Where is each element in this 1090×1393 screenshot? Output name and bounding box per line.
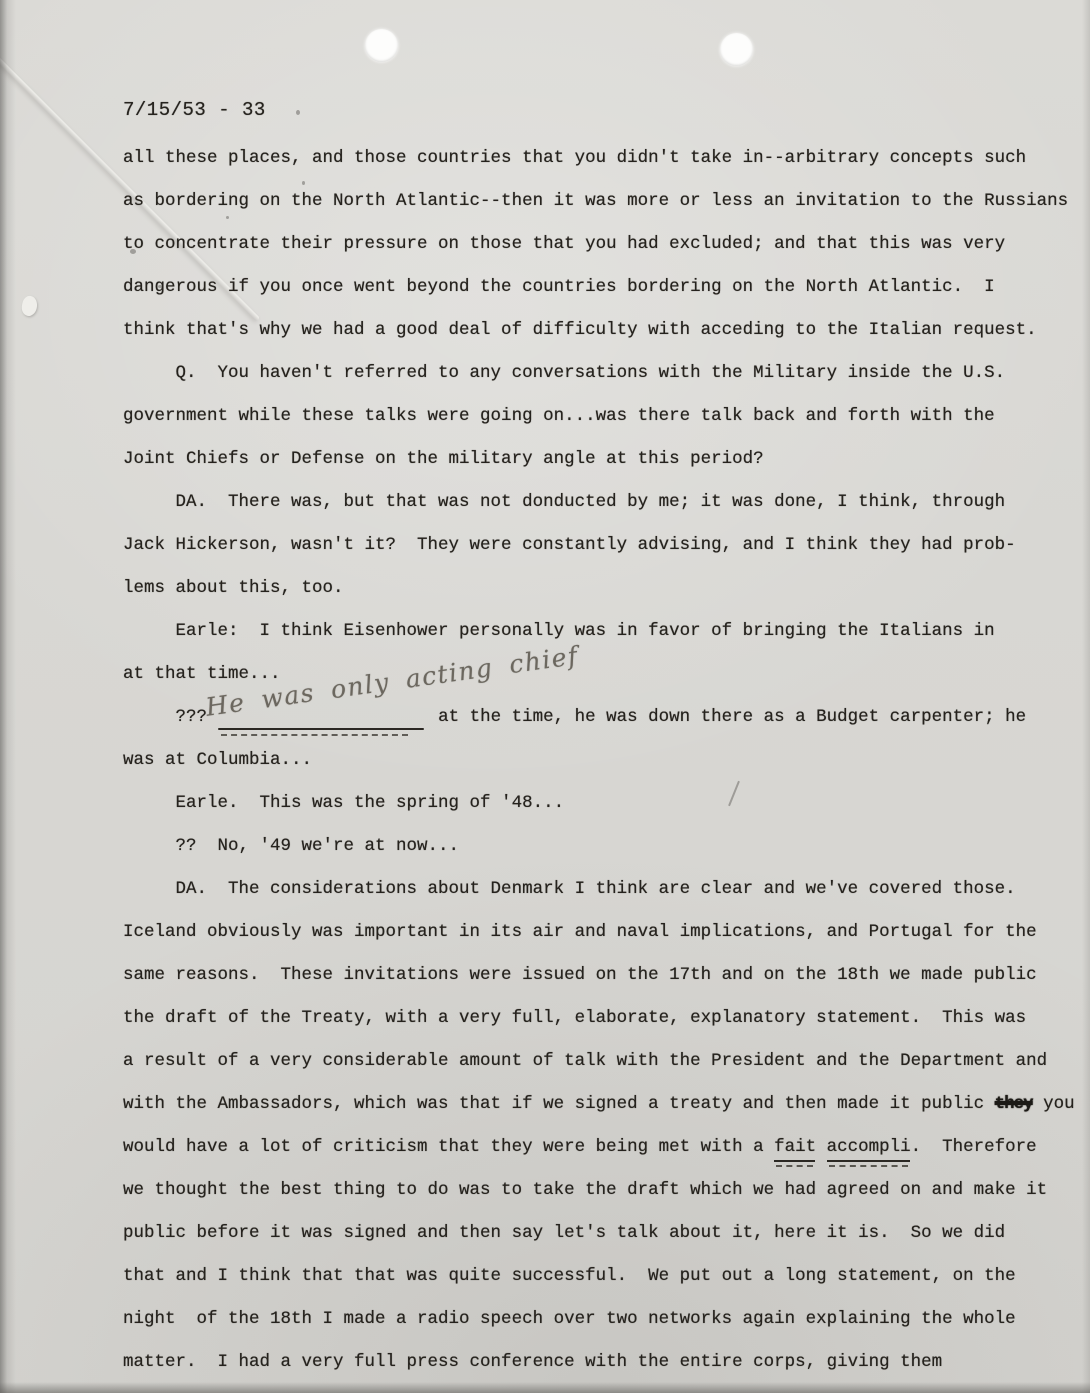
- text-segment: public before it was signed and then say…: [123, 1223, 1005, 1243]
- text-line: matter. I had a very full press conferen…: [123, 1341, 1083, 1384]
- text-segment: Earle: I think Eisenhower personally was…: [123, 621, 995, 641]
- struck-word: they: [995, 1094, 1033, 1114]
- text-line: a result of a very considerable amount o…: [123, 1040, 1083, 1083]
- text-segment: the draft of the Treaty, with a very ful…: [123, 1008, 1026, 1028]
- punch-hole: [365, 29, 398, 62]
- text-segment: ???: [123, 707, 218, 727]
- text-line: DA. The considerations about Denmark I t…: [123, 868, 1083, 911]
- text-segment: . Therefore: [911, 1137, 1037, 1157]
- text-segment: that and I think that that was quite suc…: [123, 1266, 1016, 1286]
- page-header-date-number: 7/15/53 - 33: [123, 99, 266, 121]
- text-line: we thought the best thing to do was to t…: [123, 1169, 1083, 1212]
- text-segment: DA. The considerations about Denmark I t…: [123, 879, 1016, 899]
- text-line: public before it was signed and then say…: [123, 1212, 1083, 1255]
- underlined-word: accompli: [827, 1126, 911, 1169]
- text-segment: at the time, he was down there as a Budg…: [428, 707, 1027, 727]
- text-segment: was at Columbia...: [123, 750, 312, 770]
- text-line: would have a lot of criticism that they …: [123, 1126, 1083, 1169]
- text-segment: Joint Chiefs or Defense on the military …: [123, 449, 764, 469]
- text-segment: Earle. This was the spring of '48...: [123, 793, 564, 813]
- text-segment: with the Ambassadors, which was that if …: [123, 1094, 995, 1114]
- text-segment: dangerous if you once went beyond the co…: [123, 277, 995, 297]
- text-line: Joint Chiefs or Defense on the military …: [123, 438, 1083, 481]
- text-segment: we thought the best thing to do was to t…: [123, 1180, 1047, 1200]
- text-segment: would have a lot of criticism that they …: [123, 1137, 774, 1157]
- text-line: was at Columbia...: [123, 739, 1083, 782]
- punch-hole: [720, 33, 753, 66]
- text-line: as bordering on the North Atlantic--then…: [123, 180, 1083, 223]
- text-line: all these places, and those countries th…: [123, 137, 1083, 180]
- text-line: Q. You haven't referred to any conversat…: [123, 352, 1083, 395]
- scan-edge-right: [1082, 0, 1090, 1393]
- text-segment: ?? No, '49 we're at now...: [123, 836, 459, 856]
- text-segment: night of the 18th I made a radio speech …: [123, 1309, 1016, 1329]
- text-line: same reasons. These invitations were iss…: [123, 954, 1083, 997]
- text-segment: you: [1033, 1094, 1075, 1114]
- text-segment: as bordering on the North Atlantic--then…: [123, 191, 1068, 211]
- text-segment: to concentrate their pressure on those t…: [123, 234, 1005, 254]
- text-segment: government while these talks were going …: [123, 406, 995, 426]
- text-line: that and I think that that was quite suc…: [123, 1255, 1083, 1298]
- text-segment: Jack Hickerson, wasn't it? They were con…: [123, 535, 1016, 555]
- document-page: 7/15/53 - 33 all these places, and those…: [0, 0, 1090, 1393]
- text-segment: DA. There was, but that was not donducte…: [123, 492, 1005, 512]
- text-segment: matter. I had a very full press conferen…: [123, 1352, 942, 1372]
- text-segment: Iceland obviously was important in its a…: [123, 922, 1037, 942]
- paper-nick: [20, 295, 39, 318]
- text-segment: at that time...: [123, 664, 281, 684]
- text-segment: think that's why we had a good deal of d…: [123, 320, 1037, 340]
- text-line: DA. There was, but that was not donducte…: [123, 481, 1083, 524]
- text-segment: same reasons. These invitations were iss…: [123, 965, 1037, 985]
- text-line: Earle. This was the spring of '48...: [123, 782, 1083, 825]
- text-line: Jack Hickerson, wasn't it? They were con…: [123, 524, 1083, 567]
- text-line: the draft of the Treaty, with a very ful…: [123, 997, 1083, 1040]
- text-line: lems about this, too.: [123, 567, 1083, 610]
- underlined-word: fait: [774, 1126, 816, 1169]
- text-segment: lems about this, too.: [123, 578, 344, 598]
- text-line: Iceland obviously was important in its a…: [123, 911, 1083, 954]
- text-line: dangerous if you once went beyond the co…: [123, 266, 1083, 309]
- text-segment: [816, 1137, 827, 1157]
- text-segment: all these places, and those countries th…: [123, 148, 1026, 168]
- text-segment: Q. You haven't referred to any conversat…: [123, 363, 1005, 383]
- text-line: government while these talks were going …: [123, 395, 1083, 438]
- text-line: night of the 18th I made a radio speech …: [123, 1298, 1083, 1341]
- text-line: ?? No, '49 we're at now...: [123, 825, 1083, 868]
- text-line: Earle: I think Eisenhower personally was…: [123, 610, 1083, 653]
- scan-edge-left: [0, 0, 16, 1393]
- text-segment: a result of a very considerable amount o…: [123, 1051, 1047, 1071]
- paper-speck: [296, 110, 300, 115]
- text-lines: all these places, and those countries th…: [123, 137, 1083, 1384]
- text-line: think that's why we had a good deal of d…: [123, 309, 1083, 352]
- text-line: to concentrate their pressure on those t…: [123, 223, 1083, 266]
- text-line: with the Ambassadors, which was that if …: [123, 1083, 1083, 1126]
